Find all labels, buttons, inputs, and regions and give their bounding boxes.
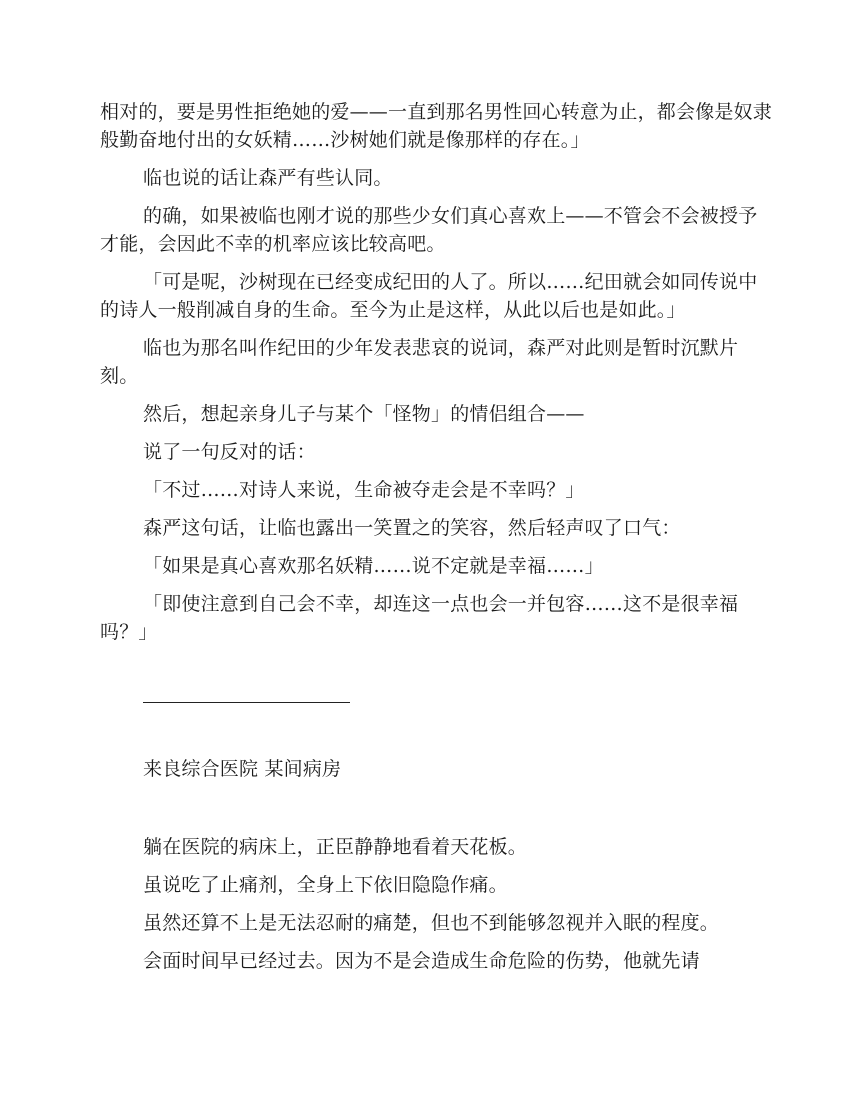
section-gap [100, 813, 775, 833]
paragraph: 临也说的话让森严有些认同。 [100, 164, 775, 192]
paragraph: 躺在医院的病床上，正臣静静地看着天花板。 [100, 833, 775, 861]
paragraph: 「如果是真心喜欢那名妖精……说不定就是幸福……」 [100, 552, 775, 580]
paragraph: 「即使注意到自己会不幸，却连这一点也会一并包容……这不是很幸福吗？」 [100, 590, 775, 646]
paragraph: 的确，如果被临也刚才说的那些少女们真心喜欢上——不管会不会被授予才能，会因此不幸… [100, 202, 775, 258]
paragraph: 然后，想起亲身儿子与某个「怪物」的情侣组合—— [100, 400, 775, 428]
paragraph: 虽然还算不上是无法忍耐的痛楚，但也不到能够忽视并入眠的程度。 [100, 909, 775, 937]
paragraph: 会面时间早已经过去。因为不是会造成生命危险的伤势，他就先请 [100, 947, 775, 975]
paragraph: 说了一句反对的话： [100, 438, 775, 466]
paragraph: 虽说吃了止痛剂，全身上下依旧隐隐作痛。 [100, 871, 775, 899]
document-page: 相对的，要是男性拒绝她的爱——一直到那名男性回心转意为止，都会像是奴隶般勤奋地付… [100, 98, 775, 985]
paragraph: 森严这句话，让临也露出一笑置之的笑容，然后轻声叹了口气： [100, 514, 775, 542]
paragraph: 「不过……对诗人来说，生命被夺走会是不幸吗？」 [100, 476, 775, 504]
paragraph: 「可是呢，沙树现在已经变成纪田的人了。所以……纪田就会如同传说中的诗人一般削减自… [100, 268, 775, 324]
section-gap [100, 656, 775, 676]
section-gap [100, 793, 775, 813]
section-gap [100, 703, 775, 755]
scene-heading: 来良综合医院 某间病房 [100, 755, 775, 783]
paragraph: 相对的，要是男性拒绝她的爱——一直到那名男性回心转意为止，都会像是奴隶般勤奋地付… [100, 98, 775, 154]
paragraph: 临也为那名叫作纪田的少年发表悲哀的说词，森严对此则是暂时沉默片刻。 [100, 334, 775, 390]
